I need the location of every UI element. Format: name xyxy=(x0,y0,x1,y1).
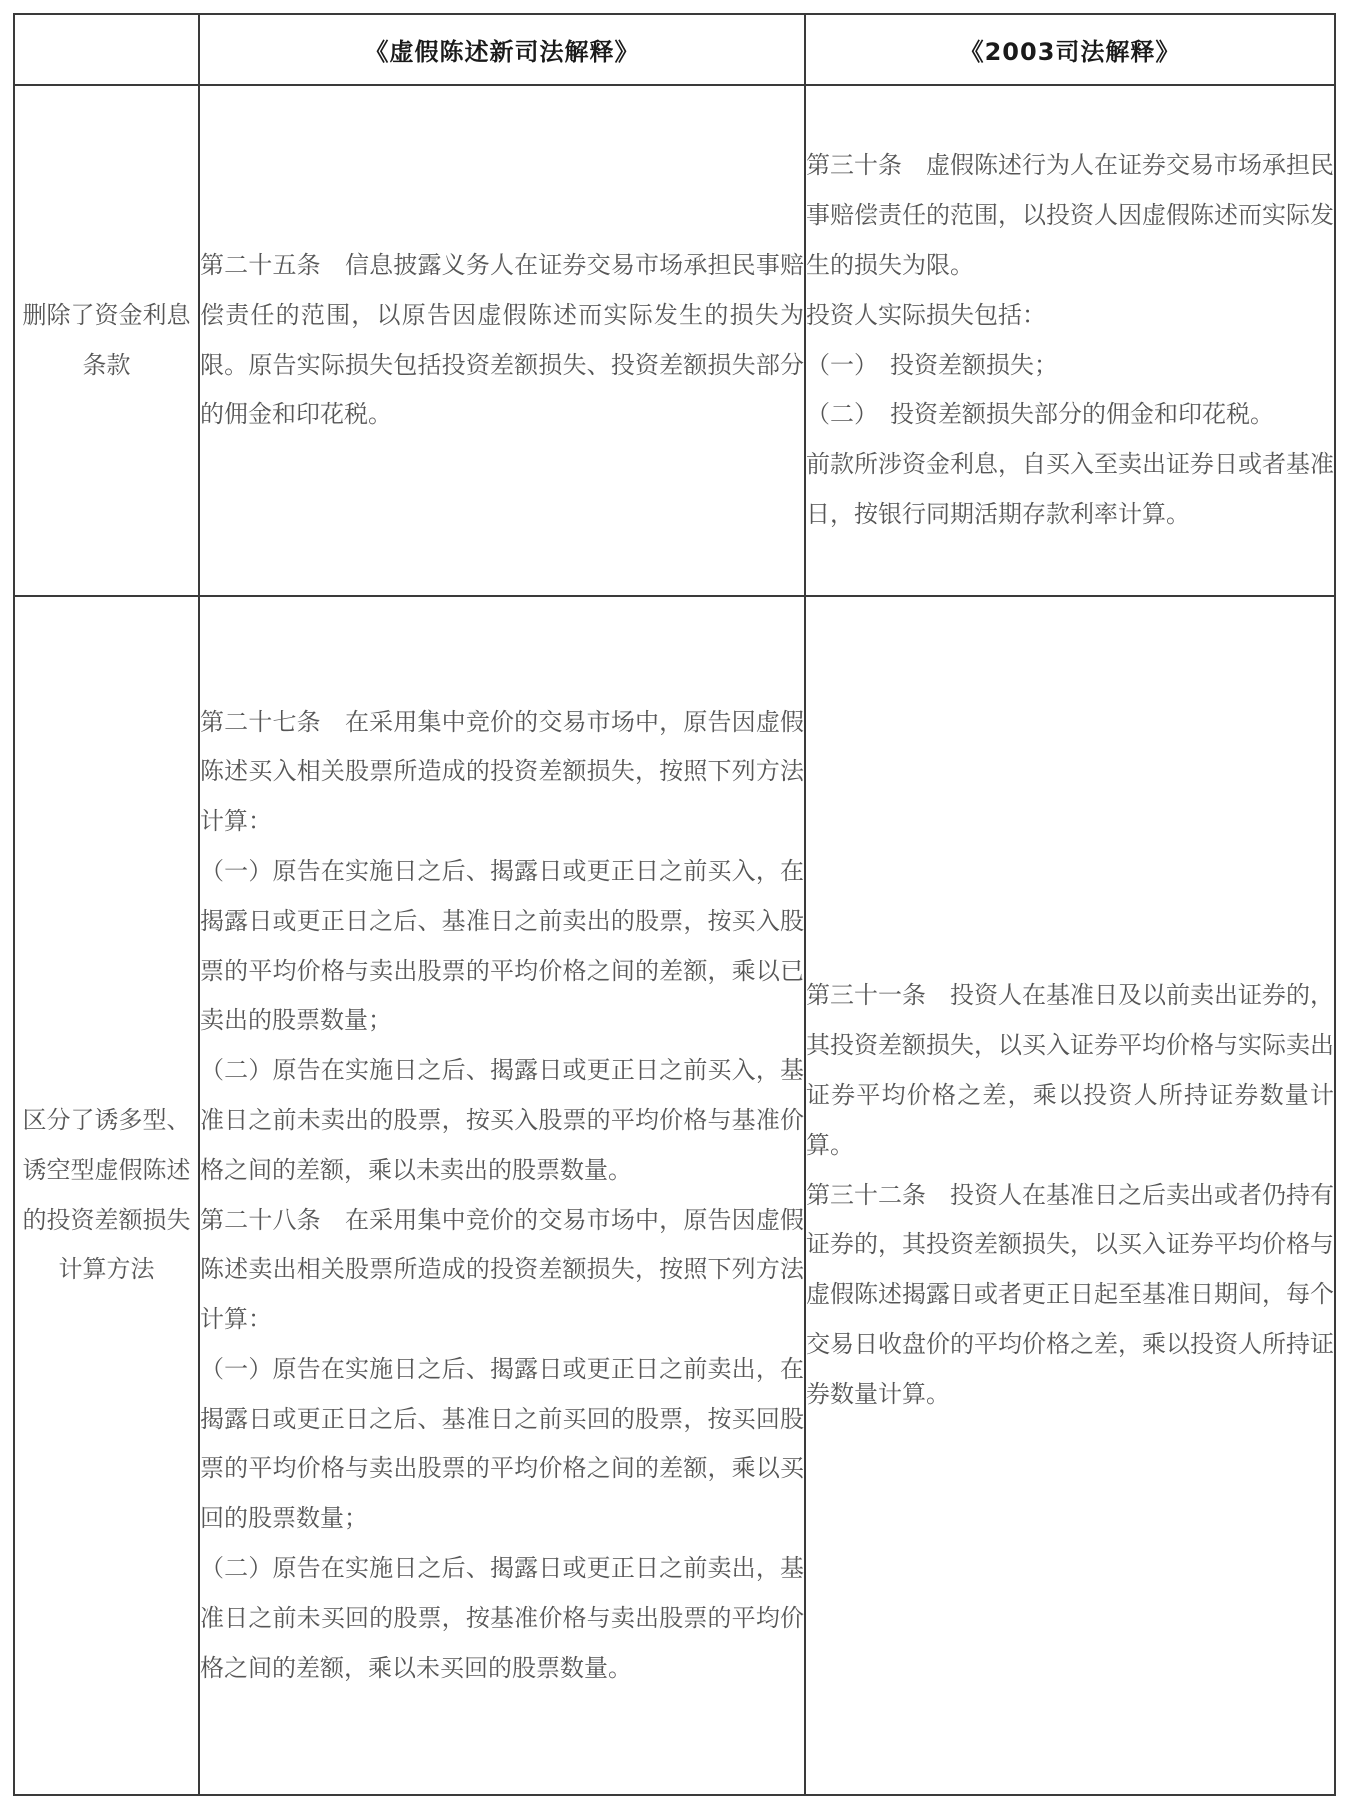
old-interpretation-cell: 第三十一条 投资人在基准日及以前卖出证券的，其投资差额损失，以买入证券平均价格与… xyxy=(805,596,1335,1795)
table-row: 区分了诱多型、诱空型虚假陈述的投资差额损失计算方法 第二十七条 在采用集中竞价的… xyxy=(14,596,1335,1795)
header-old-interpretation: 《2003司法解释》 xyxy=(805,14,1335,85)
topic-cell: 区分了诱多型、诱空型虚假陈述的投资差额损失计算方法 xyxy=(14,596,199,1795)
comparison-table: 《虚假陈述新司法解释》 《2003司法解释》 删除了资金利息条款 第二十五条 信… xyxy=(13,13,1336,1796)
header-row: 《虚假陈述新司法解释》 《2003司法解释》 xyxy=(14,14,1335,85)
article-30-item-2: （二） 投资差额损失部分的佣金和印花税。 xyxy=(806,390,1334,440)
article-28-item-1: （一）原告在实施日之后、揭露日或更正日之前卖出，在揭露日或更正日之后、基准日之前… xyxy=(200,1345,804,1544)
article-28-item-2: （二）原告在实施日之后、揭露日或更正日之前卖出，基准日之前未买回的股票，按基准价… xyxy=(200,1544,804,1693)
article-27-item-2: （二）原告在实施日之后、揭露日或更正日之前买入，基准日之前未卖出的股票，按买入股… xyxy=(200,1046,804,1195)
article-31: 第三十一条 投资人在基准日及以前卖出证券的，其投资差额损失，以买入证券平均价格与… xyxy=(806,971,1334,1170)
article-27: 第二十七条 在采用集中竞价的交易市场中，原告因虚假陈述买入相关股票所造成的投资差… xyxy=(200,698,804,847)
article-30-loss-intro: 投资人实际损失包括： xyxy=(806,291,1334,341)
article-30-interest: 前款所涉资金利息，自买入至卖出证券日或者基准日，按银行同期活期存款利率计算。 xyxy=(806,440,1334,540)
article-27-item-1: （一）原告在实施日之后、揭露日或更正日之前买入，在揭露日或更正日之后、基准日之前… xyxy=(200,847,804,1046)
old-interpretation-cell: 第三十条 虚假陈述行为人在证券交易市场承担民事赔偿责任的范围，以投资人因虚假陈述… xyxy=(805,85,1335,596)
table-row: 删除了资金利息条款 第二十五条 信息披露义务人在证券交易市场承担民事赔偿责任的范… xyxy=(14,85,1335,596)
topic-label: 删除了资金利息条款 xyxy=(15,291,198,391)
article-28: 第二十八条 在采用集中竞价的交易市场中，原告因虚假陈述卖出相关股票所造成的投资差… xyxy=(200,1196,804,1345)
new-interpretation-cell: 第二十七条 在采用集中竞价的交易市场中，原告因虚假陈述买入相关股票所造成的投资差… xyxy=(199,596,805,1795)
topic-cell: 删除了资金利息条款 xyxy=(14,85,199,596)
article-30-item-1: （一） 投资差额损失； xyxy=(806,341,1334,391)
header-new-interpretation: 《虚假陈述新司法解释》 xyxy=(199,14,805,85)
topic-label: 区分了诱多型、诱空型虚假陈述的投资差额损失计算方法 xyxy=(15,1096,198,1295)
header-topic xyxy=(14,14,199,85)
article-32: 第三十二条 投资人在基准日之后卖出或者仍持有证券的，其投资差额损失，以买入证券平… xyxy=(806,1171,1334,1420)
article-25: 第二十五条 信息披露义务人在证券交易市场承担民事赔偿责任的范围，以原告因虚假陈述… xyxy=(200,241,804,440)
new-interpretation-cell: 第二十五条 信息披露义务人在证券交易市场承担民事赔偿责任的范围，以原告因虚假陈述… xyxy=(199,85,805,596)
article-30: 第三十条 虚假陈述行为人在证券交易市场承担民事赔偿责任的范围，以投资人因虚假陈述… xyxy=(806,141,1334,290)
